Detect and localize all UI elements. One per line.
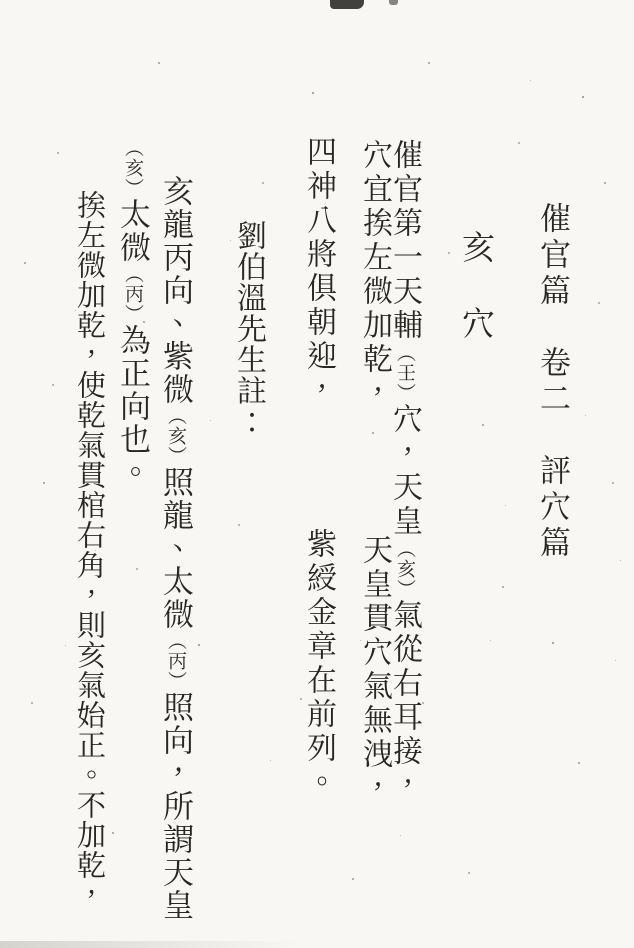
commentary-column-3: 挨左微加乾，使乾氣貫棺右角，則亥氣始正。不加乾， bbox=[74, 190, 103, 910]
book-title: 催官篇 卷二 評穴篇 bbox=[537, 202, 568, 562]
verse-column-2-lower: 天皇貫穴氣無洩， bbox=[359, 534, 389, 806]
verse-column-2-upper: 穴宜挨左微加乾， bbox=[359, 139, 389, 411]
scan-edge-shadow bbox=[0, 941, 300, 948]
scan-noise bbox=[0, 0, 1, 1]
inline-annotation: （丙） bbox=[165, 631, 186, 691]
commentary-text-segment: 為正向也。 bbox=[115, 324, 150, 489]
commentator-heading: 劉伯溫先生註： bbox=[233, 220, 263, 437]
commentary-text-segment: 太微 bbox=[115, 198, 150, 264]
inline-annotation: （亥） bbox=[394, 539, 415, 599]
inline-annotation: （壬） bbox=[394, 343, 415, 403]
verse-text-segment: 氣從右耳接， bbox=[388, 599, 421, 803]
scanned-page: 催官篇 卷二 評穴篇 亥 穴 催官第一天輔（壬）穴，天皇（亥）氣從右耳接， 穴宜… bbox=[0, 0, 634, 948]
inline-annotation: （亥） bbox=[165, 406, 186, 466]
commentary-text-segment: 照龍、太微 bbox=[158, 466, 193, 631]
commentary-column-1: 亥龍丙向、紫微（亥）照龍、太微（丙）照向，所謂天皇 bbox=[160, 175, 191, 922]
scan-smudge bbox=[330, 0, 364, 9]
commentary-column-2: （亥）太微（丙）為正向也。 bbox=[117, 138, 148, 489]
scan-smudge bbox=[389, 0, 398, 5]
verse-text-segment: 催官第一天輔 bbox=[388, 139, 421, 343]
verse-column-3-upper: 四神八將俱朝迎， bbox=[303, 136, 333, 408]
commentary-text-segment: 照向，所謂天皇 bbox=[158, 691, 193, 922]
commentary-text-segment: 亥龍丙向、紫微 bbox=[158, 175, 193, 406]
inline-annotation: （亥） bbox=[122, 138, 143, 198]
verse-text-segment: 穴，天皇 bbox=[388, 403, 421, 539]
verse-column-1: 催官第一天輔（壬）穴，天皇（亥）氣從右耳接， bbox=[389, 139, 419, 803]
section-heading: 亥 穴 bbox=[458, 230, 491, 344]
inline-annotation: （丙） bbox=[122, 264, 143, 324]
verse-column-3-lower: 紫綬金章在前列。 bbox=[303, 528, 333, 800]
